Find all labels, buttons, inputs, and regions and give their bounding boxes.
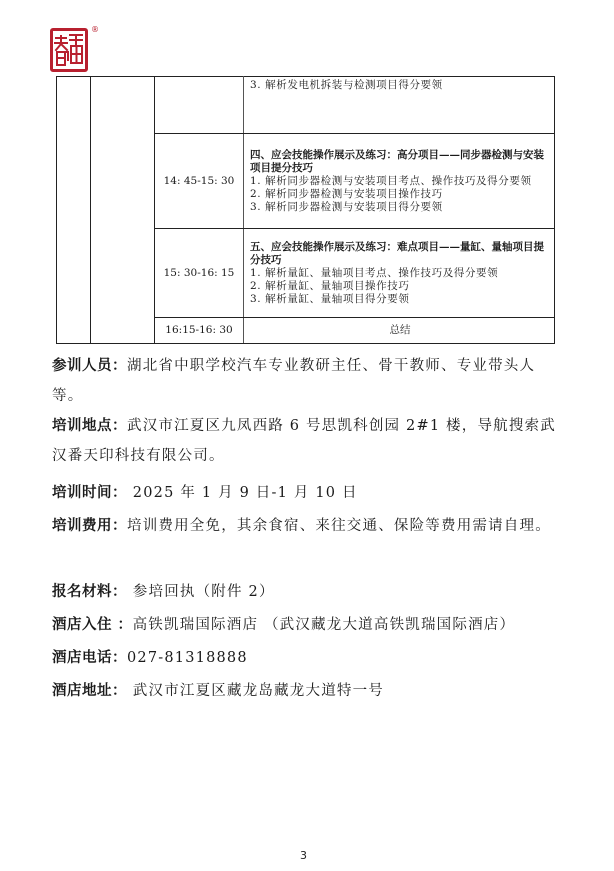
hotel-address-label: 酒店地址： [52,682,127,699]
seal-glyph-icon [53,31,85,69]
page-number: 3 [300,849,307,862]
location-value: 武汉市江夏区九凤西路 6 号思凯科创园 2#1 楼，导航搜索武汉番天印科技有限公… [52,418,556,464]
time-cell: 15: 30-16: 15 [155,229,244,318]
location-paragraph: 培训地点：武汉市江夏区九凤西路 6 号思凯科创园 2#1 楼，导航搜索武汉番天印… [52,411,562,471]
content-item: 1. 解析同步器检测与安装项目考点、操作技巧及得分要领 [250,175,550,188]
content-heading: 五、应会技能操作展示及练习：难点项目——量缸、量轴项目提分技巧 [250,241,550,267]
content-heading: 四、应会技能操作展示及练习：高分项目——同步器检测与安装项目提分技巧 [250,149,550,175]
content-cell: 五、应会技能操作展示及练习：难点项目——量缸、量轴项目提分技巧 1. 解析量缸、… [244,229,555,318]
registered-trademark-mark: ® [91,25,99,34]
hotel-phone-value: 027-81318888 [127,650,248,666]
time-cell [155,77,244,134]
hotel-phone-paragraph: 酒店电话：027-81318888 [52,643,562,673]
location-label: 培训地点： [52,417,127,434]
content-item: 2. 解析量缸、量轴项目操作技巧 [250,280,550,293]
materials-label: 报名材料： [52,583,127,600]
hotel-paragraph: 酒店入住 ：高铁凯瑞国际酒店 （武汉藏龙大道高铁凯瑞国际酒店） [52,610,562,640]
participants-label: 参训人员： [52,357,127,374]
hotel-label: 酒店入住 ： [52,616,133,633]
time-paragraph: 培训时间： 2025 年 1 月 9 日-1 月 10 日 [52,478,562,508]
materials-paragraph: 报名材料： 参培回执（附件 2） [52,577,562,607]
content-item: 2. 解析同步器检测与安装项目操作技巧 [250,188,550,201]
summary-cell: 总结 [244,318,555,344]
content-item: 3. 解析量缸、量轴项目得分要领 [250,293,550,306]
hotel-phone-label: 酒店电话： [52,649,127,666]
content-cell: 3. 解析发电机拆装与检测项目得分要领 [244,77,555,134]
table-cell-empty [57,77,91,344]
content-cell: 四、应会技能操作展示及练习：高分项目——同步器检测与安装项目提分技巧 1. 解析… [244,134,555,229]
time-value: 2025 年 1 月 9 日-1 月 10 日 [127,485,358,501]
fee-value: 培训费用全免，其余食宿、来往交通、保险等费用需请自理。 [127,518,551,534]
fee-paragraph: 培训费用：培训费用全免，其余食宿、来往交通、保险等费用需请自理。 [52,511,562,541]
content-item: 3. 解析发电机拆装与检测项目得分要领 [250,79,550,92]
fantianyin-seal-logo-icon [50,28,88,72]
content-item: 1. 解析量缸、量轴项目考点、操作技巧及得分要领 [250,267,550,280]
table-row: 3. 解析发电机拆装与检测项目得分要领 [57,77,555,134]
participants-paragraph: 参训人员：湖北省中职学校汽车专业教研主任、骨干教师、专业带头人等。 [52,351,562,411]
hotel-value: 高铁凯瑞国际酒店 （武汉藏龙大道高铁凯瑞国际酒店） [133,617,516,633]
hotel-address-value: 武汉市江夏区藏龙岛藏龙大道特一号 [127,683,384,699]
time-cell: 16:15-16: 30 [155,318,244,344]
content-item: 3. 解析同步器检测与安装项目得分要领 [250,201,550,214]
time-label: 培训时间： [52,484,127,501]
schedule-table: 3. 解析发电机拆装与检测项目得分要领 14: 45-15: 30 四、应会技能… [56,76,555,344]
materials-value: 参培回执（附件 2） [127,584,275,600]
table-cell-empty [91,77,155,344]
hotel-address-paragraph: 酒店地址： 武汉市江夏区藏龙岛藏龙大道特一号 [52,676,562,706]
time-cell: 14: 45-15: 30 [155,134,244,229]
fee-label: 培训费用： [52,517,127,534]
